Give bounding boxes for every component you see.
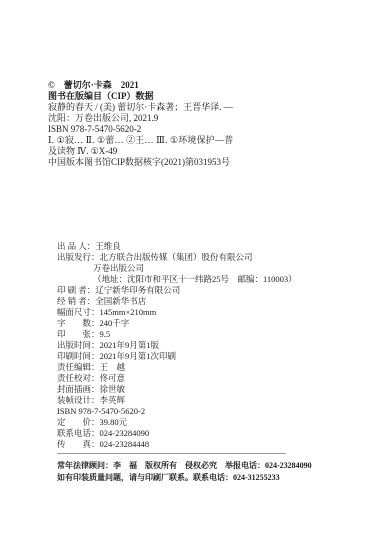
legal-line1: 常年法律顾问：李 福 版权所有 侵权必究 举报电话：024-23284090 [57, 460, 367, 472]
publication-row: 字 数：240千字 [57, 318, 357, 329]
cip-isbn-line: ISBN 978-7-5470-5620-2 [48, 124, 348, 135]
cip-record-number: 中国版本图书馆CIP数据核字(2021)第031953号 [48, 157, 348, 168]
publication-row: 出 品 人：王维良 [57, 241, 357, 252]
publication-row: 装帧设计：李英辉 [57, 395, 357, 406]
publication-row: 出版发行：北方联合出版传媒（集团）股份有限公司 [57, 252, 357, 263]
cip-classification-line1: Ⅰ. ①寂… Ⅱ. ①蕾… ②王… Ⅲ. ①环境保护—普 [48, 135, 348, 146]
publication-row: 责任编辑：王 越 [57, 362, 357, 373]
publication-row: 经 销 者：全国新华书店 [57, 296, 357, 307]
cip-heading: 图书在版编目（CIP）数据 [48, 91, 348, 102]
cip-section: © 蕾切尔·卡森 2021 图书在版编目（CIP）数据 寂静的春天 / (美) … [48, 80, 348, 168]
publication-row: 责任校对：佟可意 [57, 373, 357, 384]
publication-row: ISBN 978-7-5470-5620-2 [57, 406, 357, 417]
publication-row: 封面插画：徐世敏 [57, 384, 357, 395]
legal-footer: 常年法律顾问：李 福 版权所有 侵权必究 举报电话：024-23284090 如… [57, 460, 367, 484]
cip-title-statement-line2: 沈阳：万卷出版公司, 2021.9 [48, 113, 348, 124]
publication-row: 印 刷 者：辽宁新华印务有限公司 [57, 285, 357, 296]
publication-row: 传 真：024-23284448 [57, 439, 357, 450]
publication-row: 印 张：9.5 [57, 329, 357, 340]
publication-row: 幅面尺寸：145mm×210mm [57, 307, 357, 318]
copyright-notice: © 蕾切尔·卡森 2021 [48, 80, 348, 91]
publication-info: 出 品 人：王维良出版发行：北方联合出版传媒（集团）股份有限公司万卷出版公司（地… [57, 241, 357, 450]
divider-line [57, 453, 286, 454]
publication-row: 万卷出版公司 [93, 263, 357, 274]
cip-classification-line2: 及读物 Ⅳ. ①X-49 [48, 146, 348, 157]
publication-row: 联系电话：024-23284090 [57, 428, 357, 439]
publication-row: 定 价：39.80元 [57, 417, 357, 428]
cip-title-statement-line1: 寂静的春天 / (美) 蕾切尔·卡森著；王晋华译. — [48, 102, 348, 113]
copyright-page: © 蕾切尔·卡森 2021 图书在版编目（CIP）数据 寂静的春天 / (美) … [0, 0, 375, 536]
publication-row: （地址：沈阳市和平区十一纬路25号 邮编：110003） [93, 274, 357, 285]
legal-line2: 如有印装质量问题，请与印刷厂联系。联系电话：024-31255233 [57, 472, 367, 484]
publication-row: 印刷时间：2021年9月第1次印刷 [57, 351, 357, 362]
publication-row: 出版时间：2021年9月第1版 [57, 340, 357, 351]
